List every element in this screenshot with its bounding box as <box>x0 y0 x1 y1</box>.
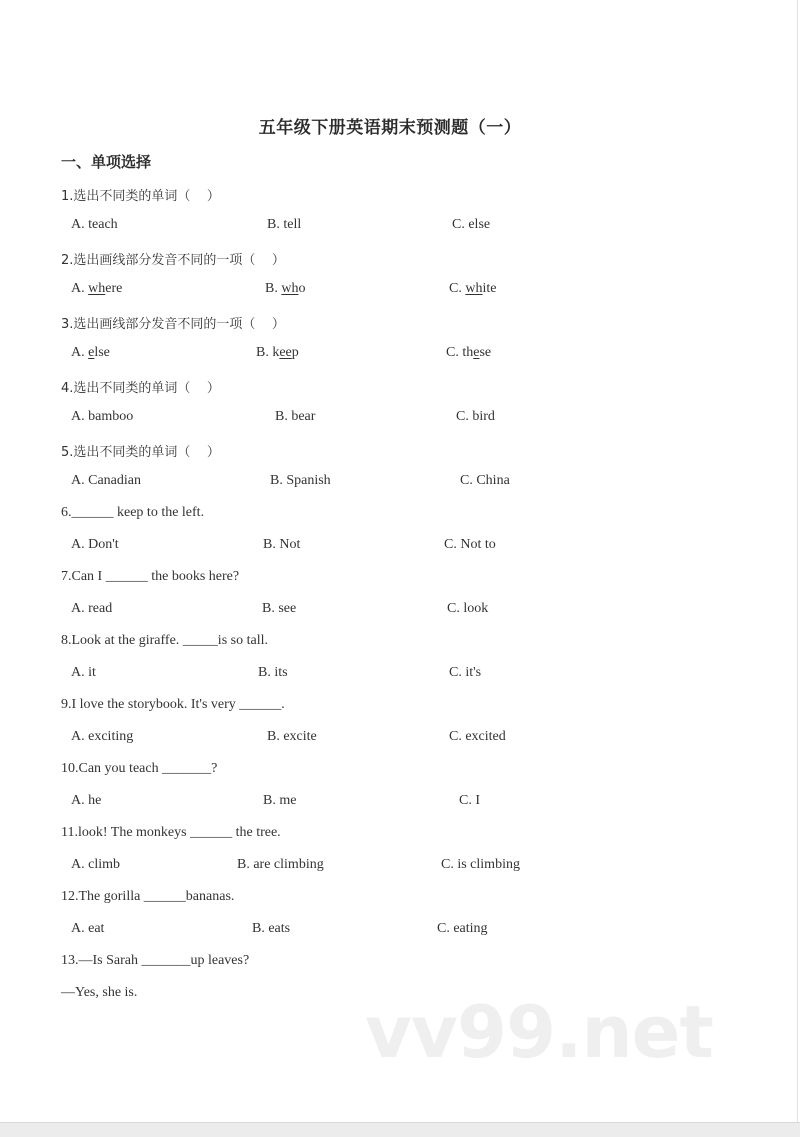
q12-option-c: C. eating <box>437 921 488 937</box>
question-4-stem: 4.选出不同类的单词（ ） <box>61 377 220 396</box>
option-label: A. <box>71 473 88 488</box>
q9-option-c: C. excited <box>449 729 506 745</box>
q11-option-a: A. climb <box>71 857 120 873</box>
option-label: C. <box>459 793 475 808</box>
option-label: C. <box>452 217 468 232</box>
question-9-stem: 9.I love the storybook. It's very ______… <box>61 697 285 713</box>
option-label: B. <box>267 729 283 744</box>
question-2-stem: 2.选出画线部分发音不同的一项（ ） <box>61 249 285 268</box>
q4-option-b: B. bear <box>275 409 315 425</box>
q5-option-a: A. Canadian <box>71 473 141 489</box>
option-text: it's <box>465 665 481 680</box>
q3-option-a: A. else <box>71 345 110 361</box>
option-label: B. <box>262 601 278 616</box>
option-label: B. <box>252 921 268 936</box>
option-text: exciting <box>88 729 133 744</box>
option-text: excite <box>283 729 316 744</box>
q6-option-c: C. Not to <box>444 537 496 553</box>
option-text: tell <box>283 217 301 232</box>
option-label: A. <box>71 217 88 232</box>
q2-option-a: A. where <box>71 281 122 297</box>
option-text: me <box>279 793 296 808</box>
option-text: Spanish <box>286 473 330 488</box>
option-text: see <box>278 601 296 616</box>
option-text: Don't <box>88 537 119 552</box>
option-text: China <box>476 473 509 488</box>
option-text: climb <box>88 857 120 872</box>
option-text: he <box>88 793 101 808</box>
question-13-answer-line: —Yes, she is. <box>61 985 137 1001</box>
option-label: A. <box>71 601 88 616</box>
underlined-part: wh <box>281 281 298 296</box>
option-label: A. <box>71 857 88 872</box>
option-label: A. <box>71 409 88 424</box>
q7-option-c: C. look <box>447 601 488 617</box>
document-page: 五年级下册英语期末预测题（一） 一、单项选择 1.选出不同类的单词（ ） A. … <box>0 0 798 1122</box>
option-label: B. <box>263 793 279 808</box>
option-label: A. <box>71 793 88 808</box>
option-label: C. <box>437 921 453 936</box>
option-text: else <box>468 217 490 232</box>
question-8-stem: 8.Look at the giraffe. _____is so tall. <box>61 633 268 649</box>
option-text-post: ere <box>105 281 122 296</box>
option-label: C. <box>444 537 460 552</box>
option-label: A. <box>71 537 88 552</box>
option-text-post: se <box>479 345 491 360</box>
q3-option-b: B. keep <box>256 345 299 361</box>
option-text-pre: th <box>462 345 473 360</box>
option-text: are climbing <box>253 857 323 872</box>
q10-option-b: B. me <box>263 793 296 809</box>
q7-option-a: A. read <box>71 601 112 617</box>
option-label: C. <box>449 729 465 744</box>
option-label: A. <box>71 729 88 744</box>
q5-option-b: B. Spanish <box>270 473 331 489</box>
option-label: A. <box>71 281 88 296</box>
option-text-post: p <box>292 345 299 360</box>
option-label: B. <box>267 217 283 232</box>
q4-option-a: A. bamboo <box>71 409 133 425</box>
option-label: A. <box>71 921 88 936</box>
option-label: B. <box>258 665 274 680</box>
q3-option-c: C. these <box>446 345 491 361</box>
q12-option-a: A. eat <box>71 921 104 937</box>
option-label: B. <box>270 473 286 488</box>
question-6-stem: 6.______ keep to the left. <box>61 505 204 521</box>
option-text: bear <box>291 409 315 424</box>
q2-option-c: C. white <box>449 281 496 297</box>
option-label: C. <box>460 473 476 488</box>
q8-option-b: B. its <box>258 665 288 681</box>
q10-option-a: A. he <box>71 793 101 809</box>
option-label: C. <box>449 281 465 296</box>
question-7-stem: 7.Can I ______ the books here? <box>61 569 239 585</box>
option-label: B. <box>275 409 291 424</box>
question-12-stem: 12.The gorilla ______bananas. <box>61 889 234 905</box>
option-text-post: ite <box>482 281 496 296</box>
option-text: read <box>88 601 112 616</box>
question-5-stem: 5.选出不同类的单词（ ） <box>61 441 220 460</box>
q1-option-c: C. else <box>452 217 490 233</box>
q9-option-a: A. exciting <box>71 729 133 745</box>
watermark: vv99.net <box>365 990 713 1074</box>
q11-option-c: C. is climbing <box>441 857 520 873</box>
option-text: excited <box>465 729 505 744</box>
q4-option-c: C. bird <box>456 409 495 425</box>
underlined-part: wh <box>465 281 482 296</box>
option-label: C. <box>441 857 457 872</box>
q11-option-b: B. are climbing <box>237 857 324 873</box>
q9-option-b: B. excite <box>267 729 317 745</box>
option-text: Canadian <box>88 473 141 488</box>
option-text: bamboo <box>88 409 133 424</box>
document-title: 五年级下册英语期末预测题（一） <box>0 113 780 138</box>
q7-option-b: B. see <box>262 601 296 617</box>
option-label: C. <box>449 665 465 680</box>
section-title: 一、单项选择 <box>61 151 151 172</box>
q12-option-b: B. eats <box>252 921 290 937</box>
option-label: B. <box>256 345 272 360</box>
option-text: teach <box>88 217 118 232</box>
q8-option-c: C. it's <box>449 665 481 681</box>
option-text: Not to <box>460 537 495 552</box>
q10-option-c: C. I <box>459 793 480 809</box>
option-text: Not <box>279 537 300 552</box>
option-label: C. <box>446 345 462 360</box>
option-text: bird <box>472 409 495 424</box>
option-label: A. <box>71 665 88 680</box>
option-text: eats <box>268 921 290 936</box>
q8-option-a: A. it <box>71 665 96 681</box>
option-text-post: lse <box>94 345 110 360</box>
option-text: I <box>475 793 480 808</box>
option-label: C. <box>447 601 463 616</box>
option-text: is climbing <box>457 857 520 872</box>
question-11-stem: 11.look! The monkeys ______ the tree. <box>61 825 281 841</box>
option-label: B. <box>265 281 281 296</box>
option-label: B. <box>263 537 279 552</box>
question-1-stem: 1.选出不同类的单词（ ） <box>61 185 220 204</box>
q6-option-b: B. Not <box>263 537 300 553</box>
option-label: A. <box>71 345 88 360</box>
option-label: C. <box>456 409 472 424</box>
option-text: it <box>88 665 96 680</box>
option-text: look <box>463 601 488 616</box>
option-text: eat <box>88 921 104 936</box>
q5-option-c: C. China <box>460 473 510 489</box>
option-text-post: o <box>298 281 305 296</box>
question-10-stem: 10.Can you teach _______? <box>61 761 217 777</box>
option-text: eating <box>453 921 487 936</box>
option-text: its <box>274 665 287 680</box>
q1-option-b: B. tell <box>267 217 301 233</box>
q1-option-a: A. teach <box>71 217 118 233</box>
underlined-part: wh <box>88 281 105 296</box>
page-bottom-edge <box>0 1122 800 1137</box>
question-13-stem: 13.—Is Sarah _______up leaves? <box>61 953 249 969</box>
underlined-part: ee <box>279 345 291 360</box>
option-label: B. <box>237 857 253 872</box>
question-3-stem: 3.选出画线部分发音不同的一项（ ） <box>61 313 285 332</box>
q2-option-b: B. who <box>265 281 305 297</box>
q6-option-a: A. Don't <box>71 537 119 553</box>
